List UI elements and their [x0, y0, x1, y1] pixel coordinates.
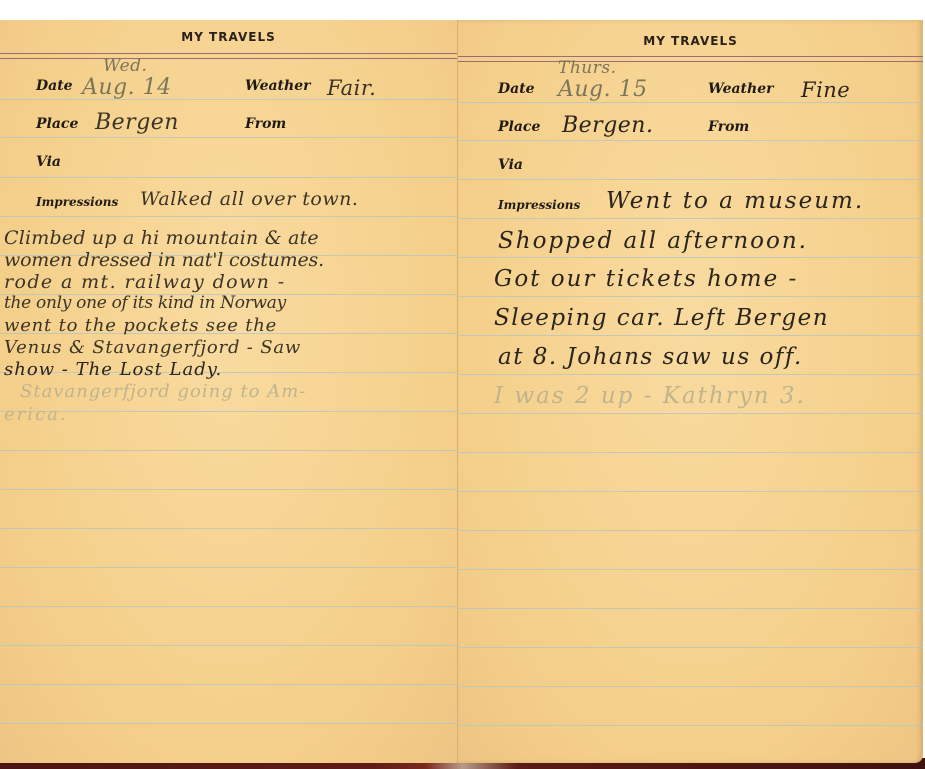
ruled-line	[458, 102, 923, 103]
impressions-line: Stavangerfjord going to Am-	[20, 381, 306, 402]
impressions-line: women dressed in nat'l costumes.	[4, 249, 324, 271]
impressions-line: Got our tickets home -	[494, 266, 798, 292]
ruled-line	[458, 647, 923, 648]
left-page: MY TRAVELS Date Wed. Aug. 14 Weather Fai…	[0, 20, 458, 763]
date-day-value: Wed.	[103, 56, 147, 76]
impressions-line: went to the pockets see the	[4, 315, 277, 336]
ruled-line	[0, 137, 457, 138]
via-label: Via	[36, 154, 61, 170]
ruled-line	[458, 374, 923, 375]
ruled-line	[458, 140, 923, 141]
ruled-line	[458, 413, 923, 414]
ruled-line	[0, 567, 457, 568]
ruled-line	[0, 411, 457, 412]
ruled-line	[458, 296, 923, 297]
ruled-line	[458, 179, 923, 180]
impressions-line: Venus & Stavangerfjord - Saw	[4, 337, 301, 358]
impressions-line: at 8. Johans saw us off.	[498, 344, 803, 370]
ruled-line	[458, 608, 923, 609]
ruled-line	[0, 723, 457, 724]
weather-value: Fine	[801, 78, 850, 102]
ruled-line	[458, 335, 923, 336]
date-value: Aug. 14	[82, 75, 172, 100]
header-double-rule	[458, 56, 923, 62]
ruled-line	[0, 216, 457, 217]
from-label: From	[708, 119, 749, 135]
ruled-line	[0, 450, 457, 451]
page-title: MY TRAVELS	[0, 30, 457, 44]
impressions-line: Climbed up a hi mountain & ate	[4, 227, 319, 249]
place-value: Bergen.	[562, 113, 653, 138]
ruled-line	[0, 684, 457, 685]
ruled-line	[458, 725, 923, 726]
impressions-line: Shopped all afternoon.	[498, 228, 808, 254]
ruled-line	[0, 489, 457, 490]
impressions-line: Went to a museum.	[606, 188, 864, 214]
right-page: MY TRAVELS Date Thurs. Aug. 15 Weather F…	[458, 20, 923, 763]
ruled-line	[0, 177, 457, 178]
weather-label: Weather	[245, 78, 311, 94]
header-double-rule	[0, 53, 457, 59]
ruled-line	[458, 257, 923, 258]
impressions-line: rode a mt. railway down -	[4, 271, 286, 293]
ruled-line	[0, 99, 457, 100]
weather-label: Weather	[708, 81, 774, 97]
place-value: Bergen	[95, 110, 179, 135]
from-label: From	[245, 116, 286, 132]
ruled-line	[458, 452, 923, 453]
via-label: Via	[498, 157, 523, 173]
ruled-line	[0, 645, 457, 646]
date-value: Aug. 15	[558, 77, 648, 102]
ruled-line	[458, 491, 923, 492]
impressions-line: Sleeping car. Left Bergen	[494, 305, 829, 331]
date-label: Date	[36, 78, 73, 94]
impressions-line: show - The Lost Lady.	[4, 359, 222, 380]
impressions-line: I was 2 up - Kathryn 3.	[494, 383, 806, 409]
weather-value: Fair.	[327, 76, 376, 100]
ruled-line	[458, 686, 923, 687]
date-label: Date	[498, 81, 535, 97]
ruled-line	[458, 569, 923, 570]
ruled-line	[0, 606, 457, 607]
impressions-line: Walked all over town.	[140, 188, 358, 210]
impressions-label: Impressions	[36, 195, 118, 209]
ruled-line	[0, 528, 457, 529]
page-title: MY TRAVELS	[458, 34, 923, 48]
ruled-line	[458, 218, 923, 219]
date-day-value: Thurs.	[558, 58, 617, 78]
impressions-line: the only one of its kind in Norway	[4, 293, 286, 313]
place-label: Place	[498, 119, 540, 135]
place-label: Place	[36, 116, 78, 132]
impressions-label: Impressions	[498, 198, 580, 212]
ruled-line	[458, 530, 923, 531]
impressions-line: erica.	[4, 404, 68, 425]
